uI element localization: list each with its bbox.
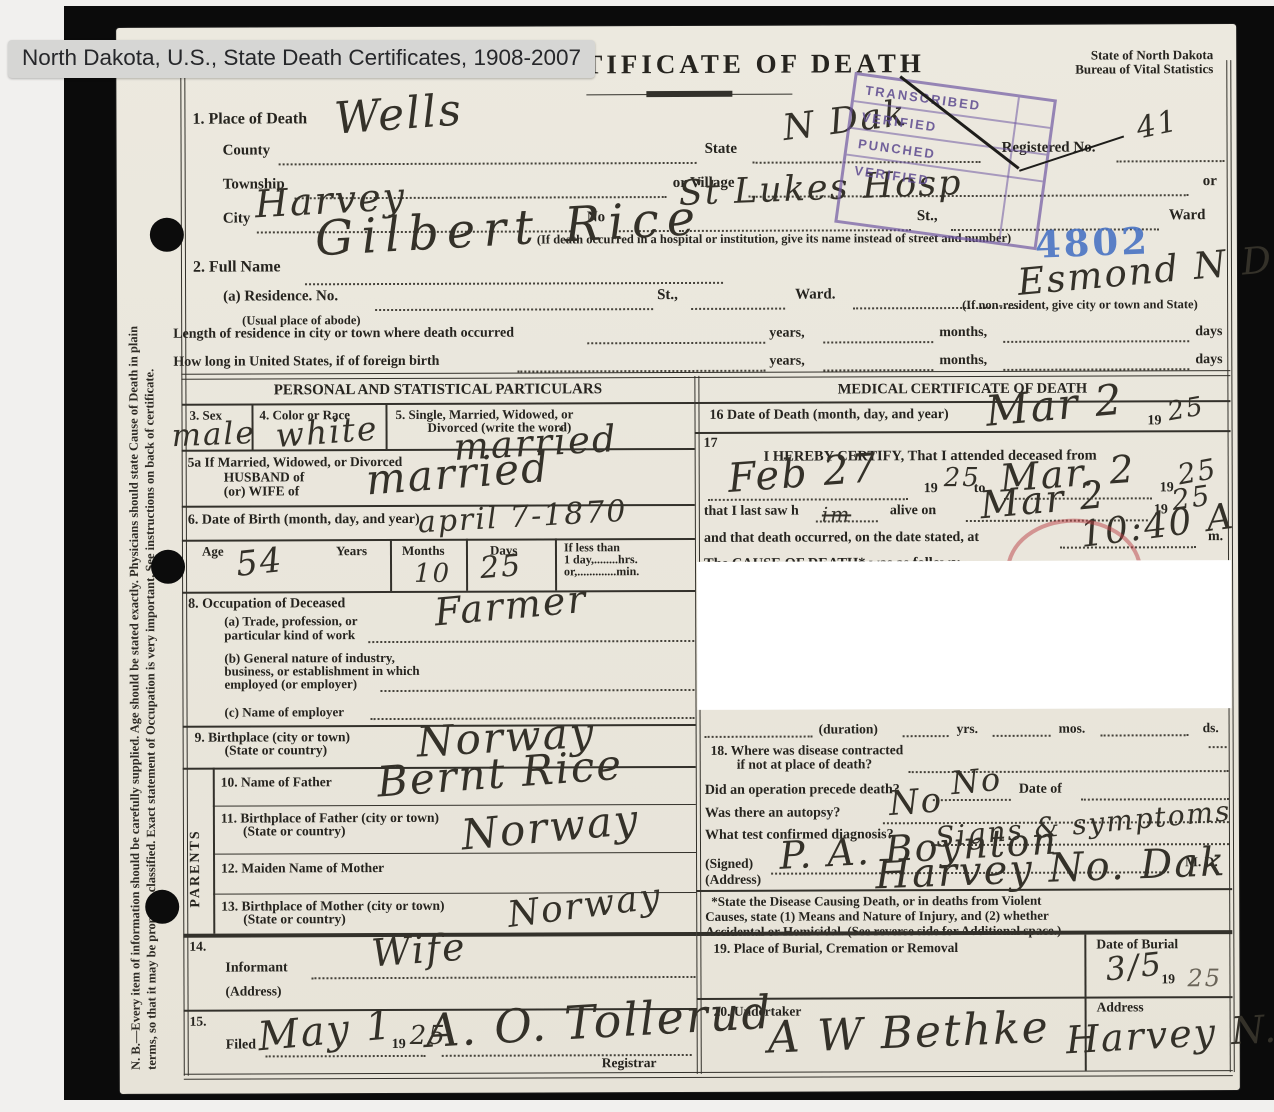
spouse-value: married — [364, 446, 551, 501]
age-label: Age — [202, 545, 224, 559]
transcribed-verification-stamp: TRANSCRIBED VERIFIED PUNCHED VERIFIED — [834, 72, 1057, 250]
undertaker-value: A W Bethke — [767, 1006, 1051, 1061]
regno-value: 41 — [1134, 106, 1182, 144]
age-years-label: Years — [336, 544, 367, 558]
death-occurred-label: and that death occurred, on the date sta… — [704, 531, 979, 547]
record-viewer-screen: N. B.—Every item of information should b… — [0, 0, 1274, 1112]
sec14-label: 14. — [189, 940, 206, 954]
age-days-value: 25 — [479, 551, 523, 584]
undertaker-address-label: Address — [1097, 1000, 1144, 1014]
residence-st-label: St., — [657, 288, 678, 304]
informant-value: Wife — [370, 927, 468, 972]
autopsy-value: No — [888, 783, 945, 821]
mother-bp-label-2: (State or country) — [243, 912, 346, 927]
occ-a-label-1: (a) Trade, profession, or — [224, 614, 357, 628]
days-label-2: days — [1195, 353, 1222, 368]
title-rule-center — [646, 91, 732, 97]
parents-label: PARENTS — [189, 829, 204, 907]
sec1-label: 1. Place of Death — [192, 111, 307, 128]
age-months-label: Months — [402, 544, 445, 558]
occ-c-label: (c) Name of employer — [225, 705, 345, 719]
operation-label: Did an operation precede death? — [705, 783, 900, 798]
sec17-label: 17 — [704, 437, 718, 452]
signed-address-label: (Address) — [705, 873, 761, 887]
date-of-label: Date of — [1019, 783, 1062, 798]
county-value: Wells — [333, 88, 464, 141]
filed-year-prefix: 19 — [392, 1038, 406, 1053]
burial-date-value: 3/5 — [1104, 947, 1165, 985]
birthplace-label-2: (State or country) — [225, 743, 328, 758]
sec15-label: 15. — [190, 1015, 207, 1029]
yrs-label: yrs. — [957, 722, 978, 736]
occ-b-label-3: employed (or employer) — [224, 677, 357, 691]
footnote-1: *State the Disease Causing Death, or in … — [711, 894, 1041, 909]
from-year-prefix: 19 — [924, 482, 938, 497]
dob-value: april 7-1870 — [417, 497, 628, 539]
signed-label: (Signed) — [705, 857, 753, 871]
footnote-2: Causes, state (1) Means and Nature of In… — [705, 909, 1049, 924]
lessthan-3: or,.............min. — [564, 565, 639, 578]
medical-header: MEDICAL CERTIFICATE OF DEATH — [694, 381, 1230, 398]
sec18-label-2: if not at place of death? — [737, 757, 872, 772]
days-label: days — [1195, 325, 1222, 340]
father-bp-label-2: (State or country) — [243, 824, 346, 839]
autopsy-label: Was there an autopsy? — [705, 806, 841, 821]
dod-year-value: 25 — [1165, 393, 1206, 425]
dod-year-prefix: 19 — [1147, 414, 1161, 429]
operation-value: No — [949, 763, 1003, 800]
collection-title-tooltip: North Dakota, U.S., State Death Certific… — [8, 40, 595, 78]
mother-bp-value: Norway — [506, 879, 664, 934]
attended-from-value: Feb 27 — [726, 448, 879, 499]
ds-label: ds. — [1203, 721, 1219, 735]
undertaker-address-value: Harvey N.D. — [1065, 1007, 1274, 1059]
mos-label: mos. — [1059, 722, 1086, 736]
burial-year-prefix: 19 — [1161, 972, 1175, 986]
burial-year-value: 25 — [1187, 966, 1222, 990]
occupation-value: Farmer — [433, 580, 589, 632]
residence-ward-label: Ward. — [795, 287, 835, 303]
wife-of-label: (or) WIFE of — [224, 484, 300, 498]
filed-label: Filed — [226, 1038, 256, 1053]
howlong-us-label: How long in United States, if of foreign… — [173, 355, 439, 371]
personal-header: PERSONAL AND STATISTICAL PARTICULARS — [181, 382, 694, 400]
length-residence-label: Length of residence in city or town wher… — [173, 327, 514, 343]
age-years-value: 54 — [234, 543, 285, 582]
cause-of-death-redaction — [697, 560, 1232, 710]
hole-punch-bottom — [145, 890, 179, 924]
city-label: City — [223, 211, 251, 227]
months-label: months, — [939, 326, 987, 341]
informant-address-label: (Address) — [225, 984, 281, 998]
sec2-label: 2. Full Name — [193, 259, 281, 276]
informant-label: Informant — [225, 961, 287, 976]
dod-label: 16 Date of Death (month, day, and year) — [709, 408, 948, 424]
registrar-signature: A. O. Tollerud — [425, 989, 774, 1054]
father-bp-value: Norway — [459, 798, 641, 856]
race-value: white — [274, 412, 379, 452]
form-bottom-rule — [184, 1070, 1233, 1080]
ward-label: Ward — [1169, 208, 1206, 224]
agency-line-2: Bureau of Vital Statistics — [1021, 62, 1213, 76]
hole-punch-top — [150, 218, 184, 252]
nonresident-note: (If non-resident, give city or town and … — [962, 298, 1198, 312]
file-number-stamp: 4802 — [1034, 218, 1151, 266]
m-label: m. — [1208, 530, 1223, 545]
dod-value: Mar 2 — [984, 379, 1125, 433]
dob-label: 6. Date of Birth (month, day, and year) — [188, 513, 420, 528]
age-months-value: 10 — [414, 561, 451, 587]
burial-label: 19. Place of Burial, Cremation or Remova… — [713, 941, 958, 956]
occ-a-label-2: particular kind of work — [224, 628, 355, 642]
residence-label: (a) Residence. No. — [223, 289, 338, 305]
registrar-label: Registrar — [602, 1056, 657, 1070]
duration-label: (duration) — [819, 722, 878, 736]
filed-date-value: May 1 — [256, 1005, 395, 1057]
county-label: County — [223, 143, 271, 159]
months-label-2: months, — [939, 354, 987, 369]
mother-label: 12. Maiden Name of Mother — [221, 861, 384, 876]
years-label-2: years, — [769, 355, 804, 370]
father-label: 10. Name of Father — [221, 775, 332, 790]
lastsaw-label-1: that I last saw h — [704, 505, 799, 520]
occupation-label: 8. Occupation of Deceased — [188, 597, 345, 612]
lastsaw-label-2: alive on — [890, 504, 936, 519]
years-label: years, — [769, 327, 804, 342]
death-certificate-scan[interactable]: N. B.—Every item of information should b… — [116, 24, 1240, 1094]
hole-punch-middle — [151, 550, 185, 584]
or-label: or — [1203, 174, 1217, 190]
father-value: Bernt Rice — [376, 744, 625, 804]
state-label: State — [705, 142, 738, 158]
sex-value: male — [171, 418, 256, 452]
